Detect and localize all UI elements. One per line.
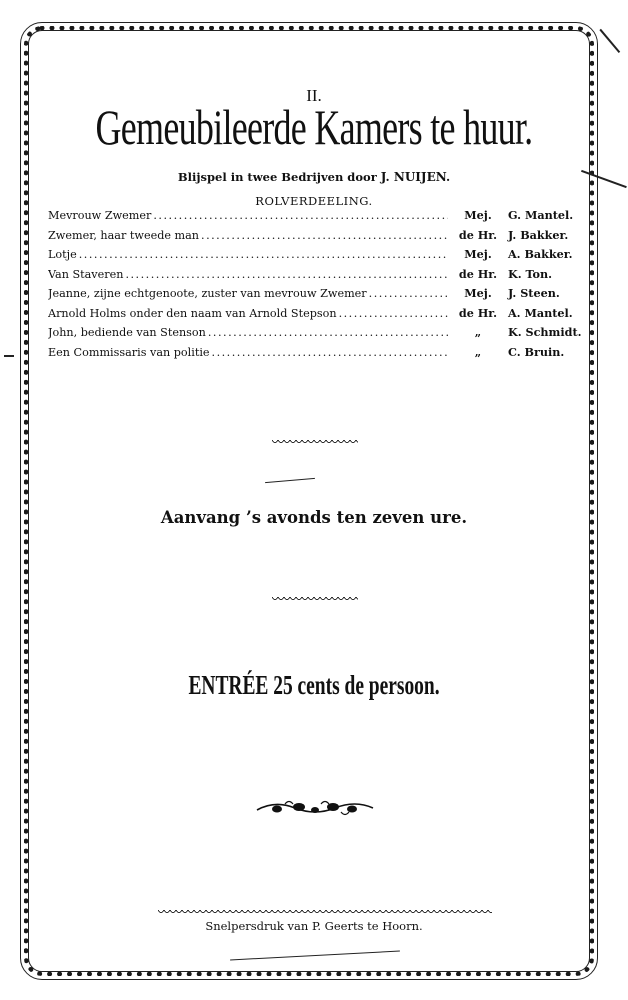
cast-prefix: Mej. [448,286,508,300]
cast-actor: J. Steen. [508,286,573,300]
play-title: Gemeubileerde Kamers te huur. [88,96,540,158]
cast-row: Arnold Holms onder den naam van Arnold S… [48,306,573,326]
cast-row: John, bediende van Stenson „ K. Schmidt. [48,325,573,345]
cast-role: Jeanne, zijne echtgenoote, zuster van me… [48,287,448,300]
cast-role: Mevrouw Zwemer [48,209,448,222]
cast-heading: ROLVERDEELING. [0,194,628,208]
cast-row: Mevrouw Zwemer Mej. G. Mantel. [48,208,573,228]
cast-role: Lotje [48,248,448,261]
floral-ornament-icon [255,796,375,820]
admission-price: ENTRÉE 25 cents de persoon. [88,670,540,701]
cast-prefix: „ [448,325,508,339]
cast-actor: K. Ton. [508,267,573,281]
cast-row: Een Commissaris van politie „ C. Bruin. [48,345,573,365]
scan-mark [600,29,620,53]
cast-actor: G. Mantel. [508,208,573,222]
cast-prefix: „ [448,345,508,359]
cast-prefix: de Hr. [448,267,508,281]
cast-prefix: de Hr. [448,306,508,320]
cast-actor: K. Schmidt. [508,325,582,339]
start-time-notice: Aanvang ’s avonds ten zeven ure. [0,508,628,527]
cast-list: Mevrouw Zwemer Mej. G. Mantel. Zwemer, h… [48,208,573,364]
author-name: J. NUIJEN. [381,170,450,184]
cast-row: Jeanne, zijne echtgenoote, zuster van me… [48,286,573,306]
cast-prefix: Mej. [448,208,508,222]
cast-row: Zwemer, haar tweede man de Hr. J. Bakker… [48,228,573,248]
play-subtitle: Blijspel in twee Bedrijven door J. NUIJE… [0,170,628,184]
cast-actor: J. Bakker. [508,228,573,242]
cast-role: Zwemer, haar tweede man [48,229,448,242]
cast-prefix: Mej. [448,247,508,261]
cast-role: Een Commissaris van politie [48,346,448,359]
scan-mark [4,355,14,357]
subtitle-text: Blijspel in twee Bedrijven door [178,170,377,184]
cast-actor: C. Bruin. [508,345,573,359]
cast-role: Arnold Holms onder den naam van Arnold S… [48,307,448,320]
wavy-rule-divider [272,440,358,446]
cast-role: John, bediende van Stenson [48,326,448,339]
wavy-rule-divider [272,597,358,603]
cast-row: Lotje Mej. A. Bakker. [48,247,573,267]
cast-actor: A. Mantel. [508,306,573,320]
cast-role: Van Staveren [48,268,448,281]
cast-prefix: de Hr. [448,228,508,242]
cast-row: Van Staveren de Hr. K. Ton. [48,267,573,287]
wavy-rule-divider [158,910,492,916]
cast-actor: A. Bakker. [508,247,573,261]
printer-credit: Snelpersdruk van P. Geerts te Hoorn. [0,919,628,933]
